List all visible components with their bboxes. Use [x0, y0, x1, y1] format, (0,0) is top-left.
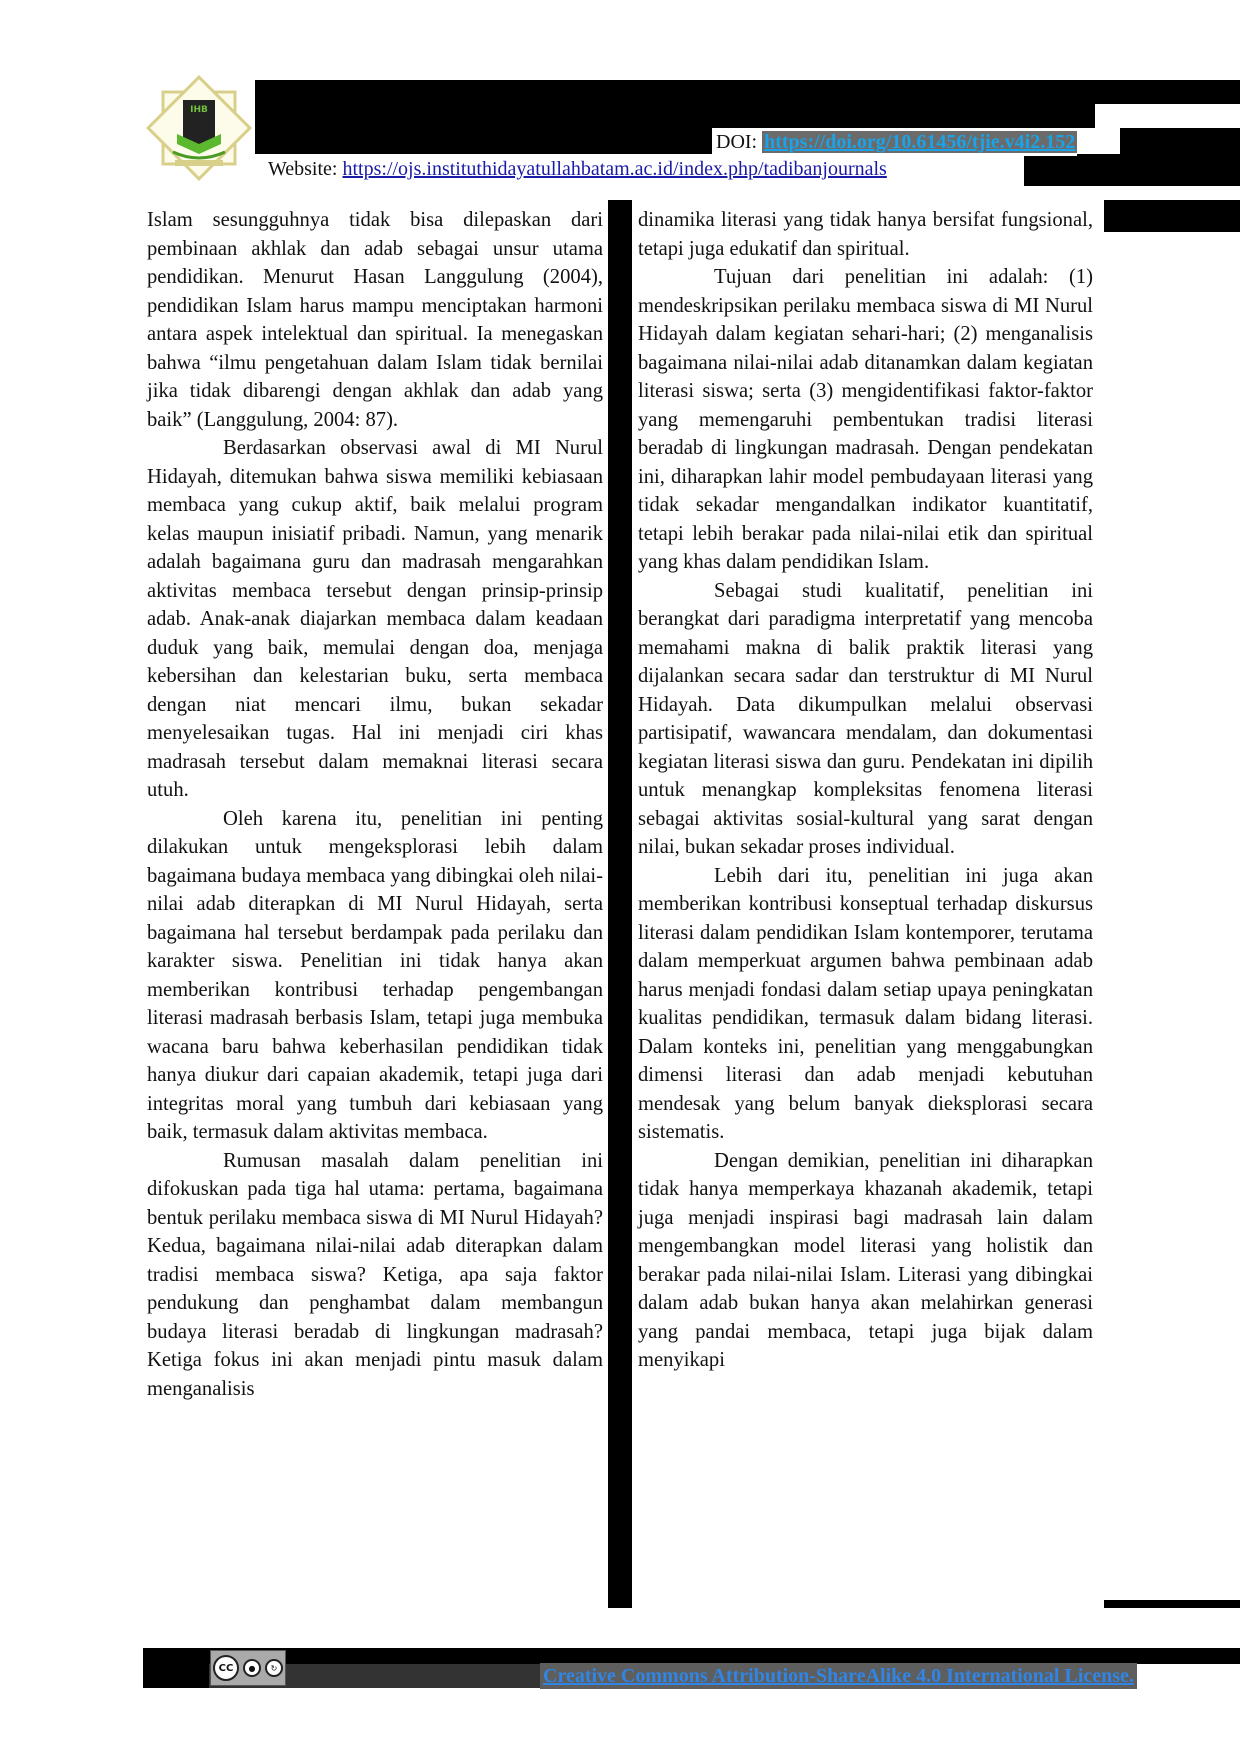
website-line: Website: https://ojs.instituthidayatulla… — [268, 154, 897, 184]
paragraph: Sebagai studi kualitatif, penelitian ini… — [638, 577, 1093, 862]
journal-logo: IHB — [143, 72, 255, 184]
margin-redaction — [1104, 1600, 1240, 1608]
cc-icon: CC — [213, 1655, 239, 1681]
doi-label: DOI: — [716, 131, 757, 153]
attribution-icon: ● — [243, 1659, 261, 1677]
paragraph: Dengan demikian, penelitian ini diharapk… — [638, 1147, 1093, 1375]
header-redaction-bar — [1120, 128, 1240, 154]
paragraph: Rumusan masalah dalam penelitian ini dif… — [147, 1147, 603, 1404]
website-link[interactable]: https://ojs.instituthidayatullahbatam.ac… — [342, 158, 886, 180]
cc-license-badge[interactable]: CC ● ↻ — [210, 1650, 286, 1686]
website-label: Website: — [268, 158, 337, 180]
license-link[interactable]: Creative Commons Attribution-ShareAlike … — [540, 1663, 1137, 1689]
doi-line: DOI: https://doi.org/10.61456/tjie.v4i2.… — [712, 128, 1077, 156]
header-redaction-bar — [1024, 154, 1240, 186]
right-column: dinamika literasi yang tidak hanya bersi… — [638, 206, 1093, 1375]
footer-redaction-block — [143, 1655, 209, 1688]
paragraph: Berdasarkan observasi awal di MI Nurul H… — [147, 434, 603, 805]
paragraph: Oleh karena itu, penelitian ini penting … — [147, 805, 603, 1147]
footer-redaction-bar — [143, 1648, 1240, 1664]
paragraph: Tujuan dari penelitian ini adalah: (1) m… — [638, 263, 1093, 577]
logo-star-icon: IHB — [143, 72, 255, 184]
svg-text:IHB: IHB — [190, 105, 208, 115]
header-redaction-bar — [255, 128, 712, 154]
margin-redaction — [1104, 200, 1240, 232]
column-divider-redaction — [608, 200, 632, 1608]
left-column: Islam sesungguhnya tidak bisa dilepaskan… — [147, 206, 603, 1403]
paragraph: Islam sesungguhnya tidak bisa dilepaskan… — [147, 206, 603, 434]
header-redaction-bar — [255, 104, 1095, 128]
share-alike-icon: ↻ — [265, 1659, 283, 1677]
paragraph: dinamika literasi yang tidak hanya bersi… — [638, 206, 1093, 263]
paragraph: Lebih dari itu, penelitian ini juga akan… — [638, 862, 1093, 1147]
doi-link[interactable]: https://doi.org/10.61456/tjie.v4i2.152 — [762, 131, 1077, 153]
header-redaction-bar — [255, 80, 1240, 104]
